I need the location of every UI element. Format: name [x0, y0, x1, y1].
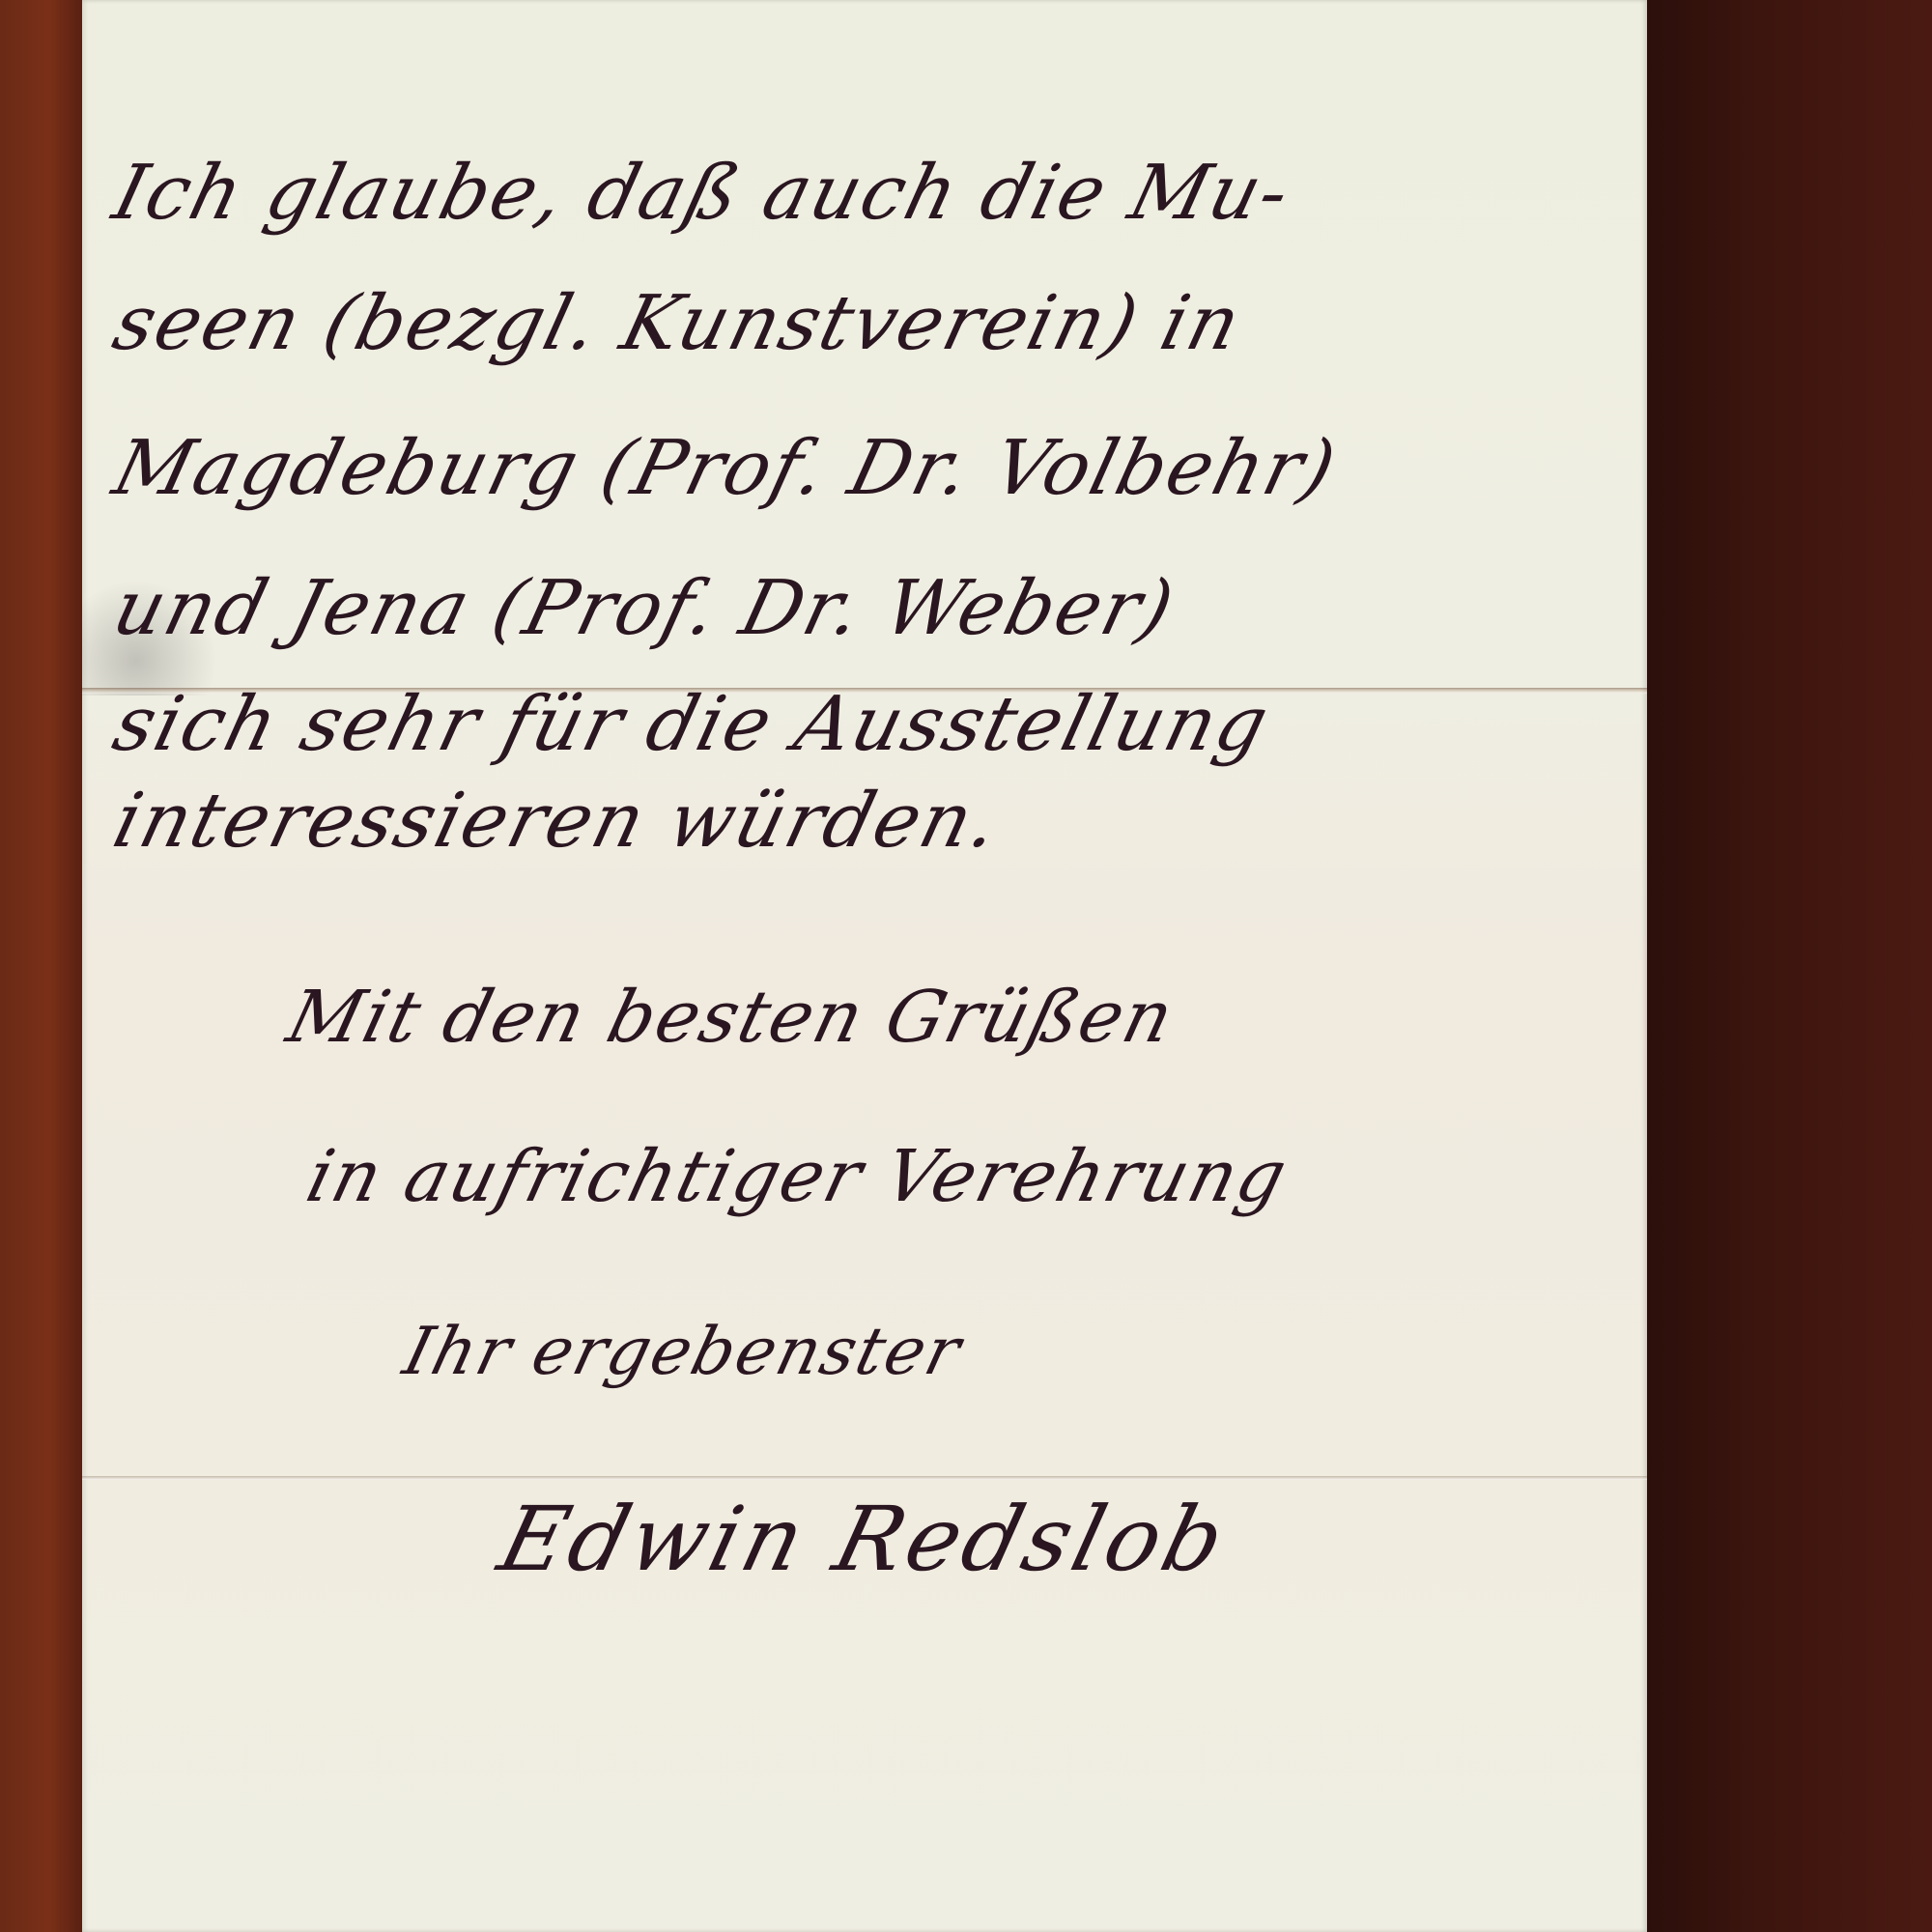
letter-body-line: Ich glaube, daß auch die Mu-: [105, 150, 1299, 237]
letter-closing-line: in aufrichtiger Verehrung: [298, 1135, 1295, 1218]
signature: Edwin Redslob: [490, 1488, 1238, 1591]
wooden-table-right: [1647, 0, 1932, 1932]
letter-body-line: Magdeburg (Prof. Dr. Volbehr): [105, 425, 1346, 512]
letter-closing-line: Ihr ergebenster: [396, 1314, 970, 1390]
letter-closing-line: Mit den besten Grüßen: [279, 976, 1182, 1059]
wooden-table-left: [0, 0, 82, 1932]
letter-body-line: sich sehr für die Ausstellung: [105, 681, 1278, 768]
letter-body-line: seen (bezgl. Kunstverein) in: [105, 280, 1251, 367]
letter-body-line: interessieren würden.: [105, 778, 1009, 865]
letter-body-line: und Jena (Prof. Dr. Weber): [105, 565, 1183, 652]
paper-fold-crease: [82, 1476, 1647, 1480]
